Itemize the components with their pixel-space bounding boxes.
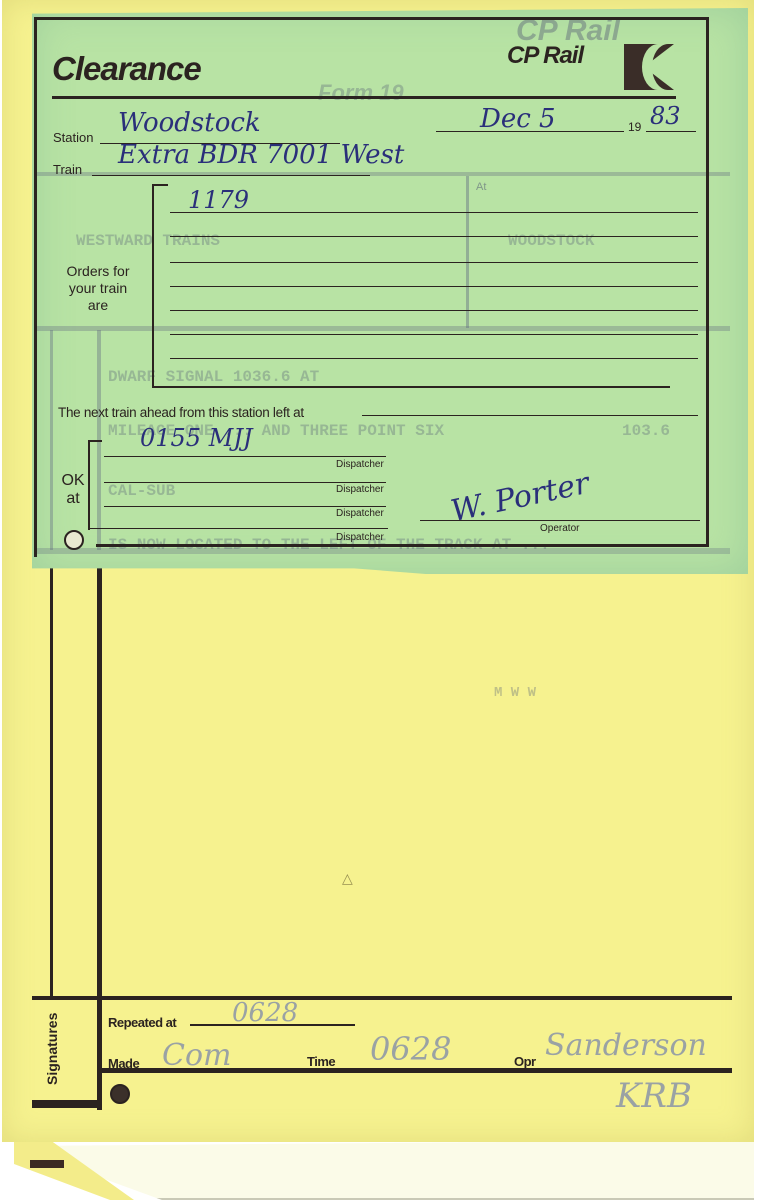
year-value[interactable]: 83	[650, 102, 681, 130]
orders-bracket-left	[152, 184, 154, 388]
order-line-3[interactable]	[170, 262, 698, 263]
smudge-mark: △	[342, 870, 353, 887]
order-number-1[interactable]: 1179	[188, 186, 249, 214]
signatures-bottom-block	[32, 1100, 100, 1108]
made-label: Made	[108, 1056, 139, 1071]
underlying-sheet	[14, 1140, 754, 1200]
station-value[interactable]: Woodstock	[118, 108, 261, 138]
orders-label-line3: are	[62, 297, 134, 314]
at-label-ok: at	[58, 490, 88, 508]
next-train-line[interactable]	[362, 415, 698, 416]
carbon-line-1-right: WOODSTOCK	[508, 232, 594, 250]
order-line-4[interactable]	[170, 286, 698, 287]
ok-bracket-bottom	[88, 528, 388, 529]
printed-in-canada-seal	[64, 530, 84, 550]
operator-initials: KRB	[616, 1076, 692, 1116]
ghost-divider	[466, 176, 469, 328]
orders-label-line2: your train	[62, 280, 134, 297]
dispatcher-label-2: Dispatcher	[336, 484, 384, 495]
underlying-rule	[30, 1160, 64, 1168]
ok-label: OK	[58, 472, 88, 490]
carbon-line-2: DWARF SIGNAL 1036.6 AT	[108, 368, 319, 386]
dispatcher-line-1[interactable]	[104, 456, 386, 457]
ghost-rule-2	[36, 326, 730, 331]
station-label: Station	[53, 130, 93, 145]
operator-label: Operator	[540, 523, 579, 534]
year-prefix: 19	[628, 120, 641, 134]
carbon-line-1: WESTWARD TRAINS	[76, 232, 220, 250]
time-label: Time	[307, 1054, 335, 1069]
yellow-inner-rule	[97, 560, 102, 1110]
cp-rail-logo-text: CP Rail	[507, 42, 583, 70]
yellow-left-rule	[50, 560, 53, 1000]
at-label: At	[476, 181, 486, 193]
orders-label: Orders for your train are	[62, 263, 134, 314]
dispatcher-label-4: Dispatcher	[336, 532, 384, 543]
cp-rail-multimark-icon	[624, 44, 674, 90]
dispatcher-line-3[interactable]	[104, 506, 386, 507]
signatures-label: Signatures	[44, 1013, 60, 1085]
page-title: Clearance	[52, 50, 201, 88]
frame-top	[36, 17, 708, 20]
frame-right	[706, 17, 709, 547]
time-value[interactable]: 0628	[370, 1030, 451, 1068]
carbon-line-4: CAL-SUB	[108, 482, 175, 500]
printed-in-canada-seal-bottom	[110, 1084, 130, 1104]
train-label: Train	[53, 162, 82, 177]
dispatcher-label-3: Dispatcher	[336, 508, 384, 519]
repeated-at-label: Repeated at	[108, 1015, 176, 1030]
made-value[interactable]: Com	[162, 1038, 231, 1073]
ghost-left-rule	[50, 330, 53, 550]
order-line-7[interactable]	[170, 358, 698, 359]
opr-signature[interactable]: Sanderson	[545, 1028, 707, 1063]
carbon-mww: M W W	[494, 685, 536, 701]
year-line	[646, 131, 696, 132]
order-line-1[interactable]	[170, 212, 698, 213]
train-value[interactable]: Extra BDR 7001 West	[118, 140, 404, 170]
orders-label-line1: Orders for	[62, 263, 134, 280]
order-line-5[interactable]	[170, 310, 698, 311]
signatures-top-rule	[32, 996, 732, 1000]
frame-bottom	[96, 544, 709, 547]
ok-at-handwritten[interactable]: 0155 MJJ	[140, 424, 253, 452]
orders-bracket-top	[152, 184, 168, 186]
orders-bracket-bottom	[152, 386, 670, 388]
dispatcher-line-2[interactable]	[104, 482, 386, 483]
opr-label: Opr	[514, 1054, 536, 1069]
ok-bracket-left	[88, 440, 90, 530]
ok-bracket-top	[88, 440, 102, 442]
form-number: Form 19	[318, 80, 404, 106]
header-rule	[52, 96, 676, 99]
repeated-at-value[interactable]: 0628	[232, 998, 298, 1028]
ok-at-label: OK at	[58, 472, 88, 508]
next-train-label: The next train ahead from this station l…	[58, 405, 304, 420]
frame-left	[34, 17, 37, 557]
date-value[interactable]: Dec 5	[480, 104, 556, 134]
order-line-2[interactable]	[170, 236, 698, 237]
order-line-6[interactable]	[170, 334, 698, 335]
ghost-bottom-rule	[36, 548, 730, 554]
dispatcher-label-1: Dispatcher	[336, 459, 384, 470]
train-line	[92, 175, 370, 176]
carbon-line-3-right: 103.6	[622, 422, 670, 440]
